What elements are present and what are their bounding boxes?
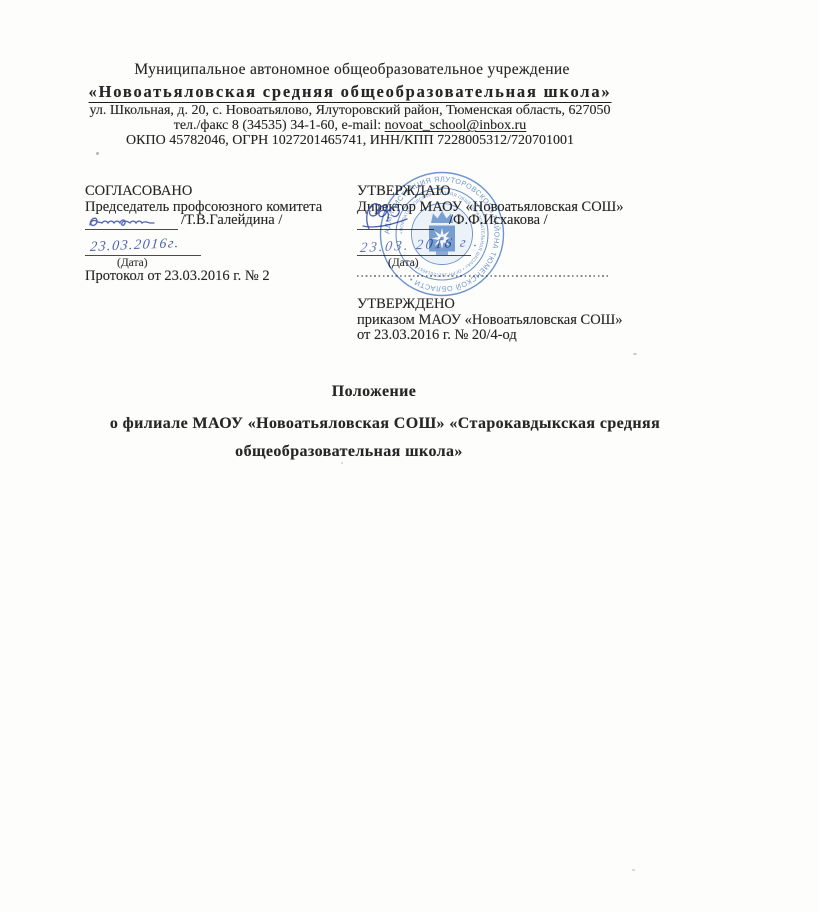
org-type-line: Муниципальное автономное общеобразовател… <box>134 61 569 79</box>
document-page: Муниципальное автономное общеобразовател… <box>0 0 819 912</box>
scan-speck <box>632 869 635 871</box>
phone-text: тел./факс 8 (34535) 34-1-60, e-mail: <box>174 118 385 133</box>
doc-title-line1: Положение <box>332 383 416 401</box>
star-center-dot <box>440 237 444 241</box>
left-handwritten-date: 23.03.2016г. <box>89 236 180 256</box>
school-name-heading: «Новоатьяловская средняя общеобразовател… <box>89 82 612 102</box>
contact-line: тел./факс 8 (34535) 34-1-60, e-mail: nov… <box>174 118 527 134</box>
registration-line: ОКПО 45782046, ОГРН 1027201465741, ИНН/К… <box>126 133 574 149</box>
protocol-line: Протокол от 23.03.2016 г. № 2 <box>85 268 270 285</box>
address-line: ул. Школьная, д. 20, с. Новоатьялово, Ял… <box>89 103 610 119</box>
official-round-stamp: АДМИНИСТРАЦИЯ ЯЛУТОРОВСКОГО РАЙОНА ТЮМЕН… <box>374 166 510 302</box>
agreed-title: СОГЛАСОВАНО <box>85 183 192 200</box>
email-text: novoat_school@inbox.ru <box>385 118 527 133</box>
scan-speck <box>96 152 99 155</box>
school-name-text: «Новоатьяловская средняя общеобразовател… <box>89 82 612 103</box>
doc-title-line3: общеобразовательная школа» <box>235 443 463 461</box>
doc-title-line2: о филиале МАОУ «Новоатьяловская СОШ» «Ст… <box>110 415 660 433</box>
scan-speck <box>341 462 343 464</box>
stamp-emblem <box>429 211 455 255</box>
approved-date-line: от 23.03.2016 г. № 20/4-од <box>357 327 517 344</box>
scan-speck <box>633 353 637 355</box>
left-signature-line <box>85 229 178 230</box>
left-signature-name: /Т.В.Галейдина / <box>181 212 282 229</box>
emblem-base <box>436 252 448 256</box>
